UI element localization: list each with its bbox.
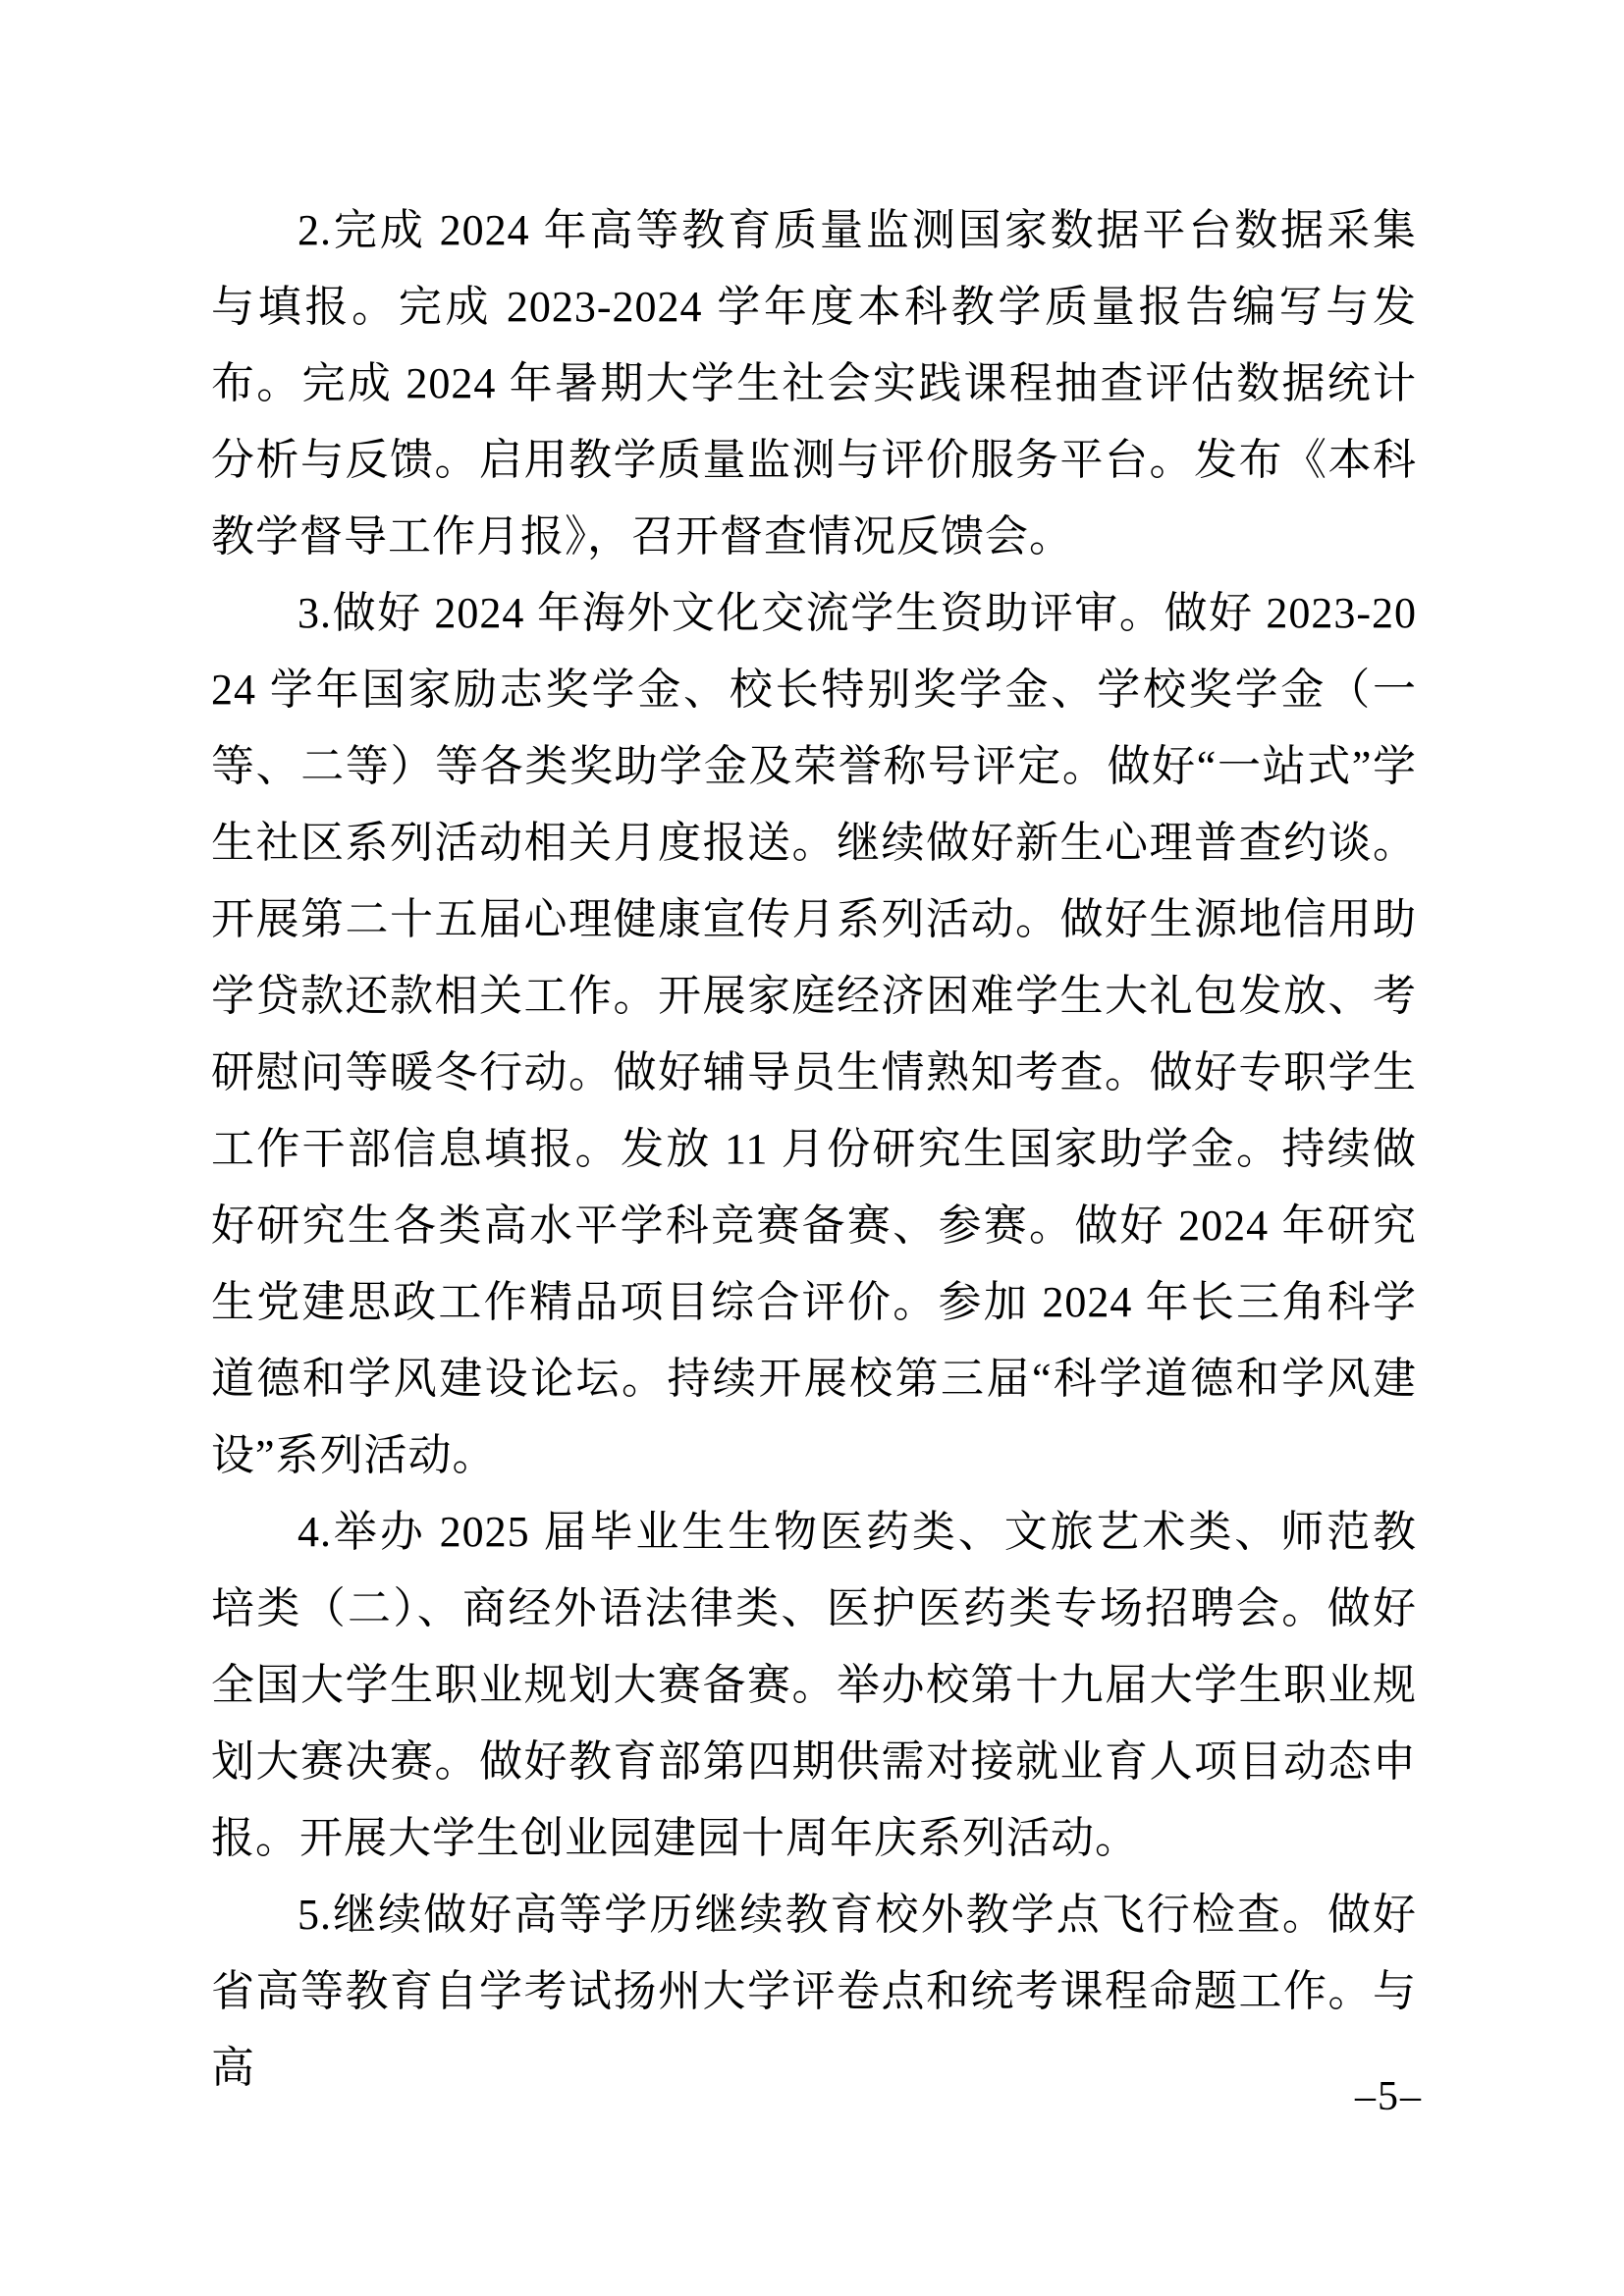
paragraph-item-3: 3.做好 2024 年海外文化交流学生资助评审。做好 2023-2024 学年国… xyxy=(211,575,1417,1494)
page-number: –5– xyxy=(1355,2073,1423,2120)
document-page: 2.完成 2024 年高等教育质量监测国家数据平台数据采集与填报。完成 2023… xyxy=(0,0,1624,2296)
paragraph-item-2: 2.完成 2024 年高等教育质量监测国家数据平台数据采集与填报。完成 2023… xyxy=(211,192,1417,575)
paragraph-item-5: 5.继续做好高等学历继续教育校外教学点飞行检查。做好省高等教育自学考试扬州大学评… xyxy=(211,1877,1417,2107)
document-body: 2.完成 2024 年高等教育质量监测国家数据平台数据采集与填报。完成 2023… xyxy=(211,192,1417,2107)
paragraph-item-4: 4.举办 2025 届毕业生生物医药类、文旅艺术类、师范教培类（二）、商经外语法… xyxy=(211,1494,1417,1877)
